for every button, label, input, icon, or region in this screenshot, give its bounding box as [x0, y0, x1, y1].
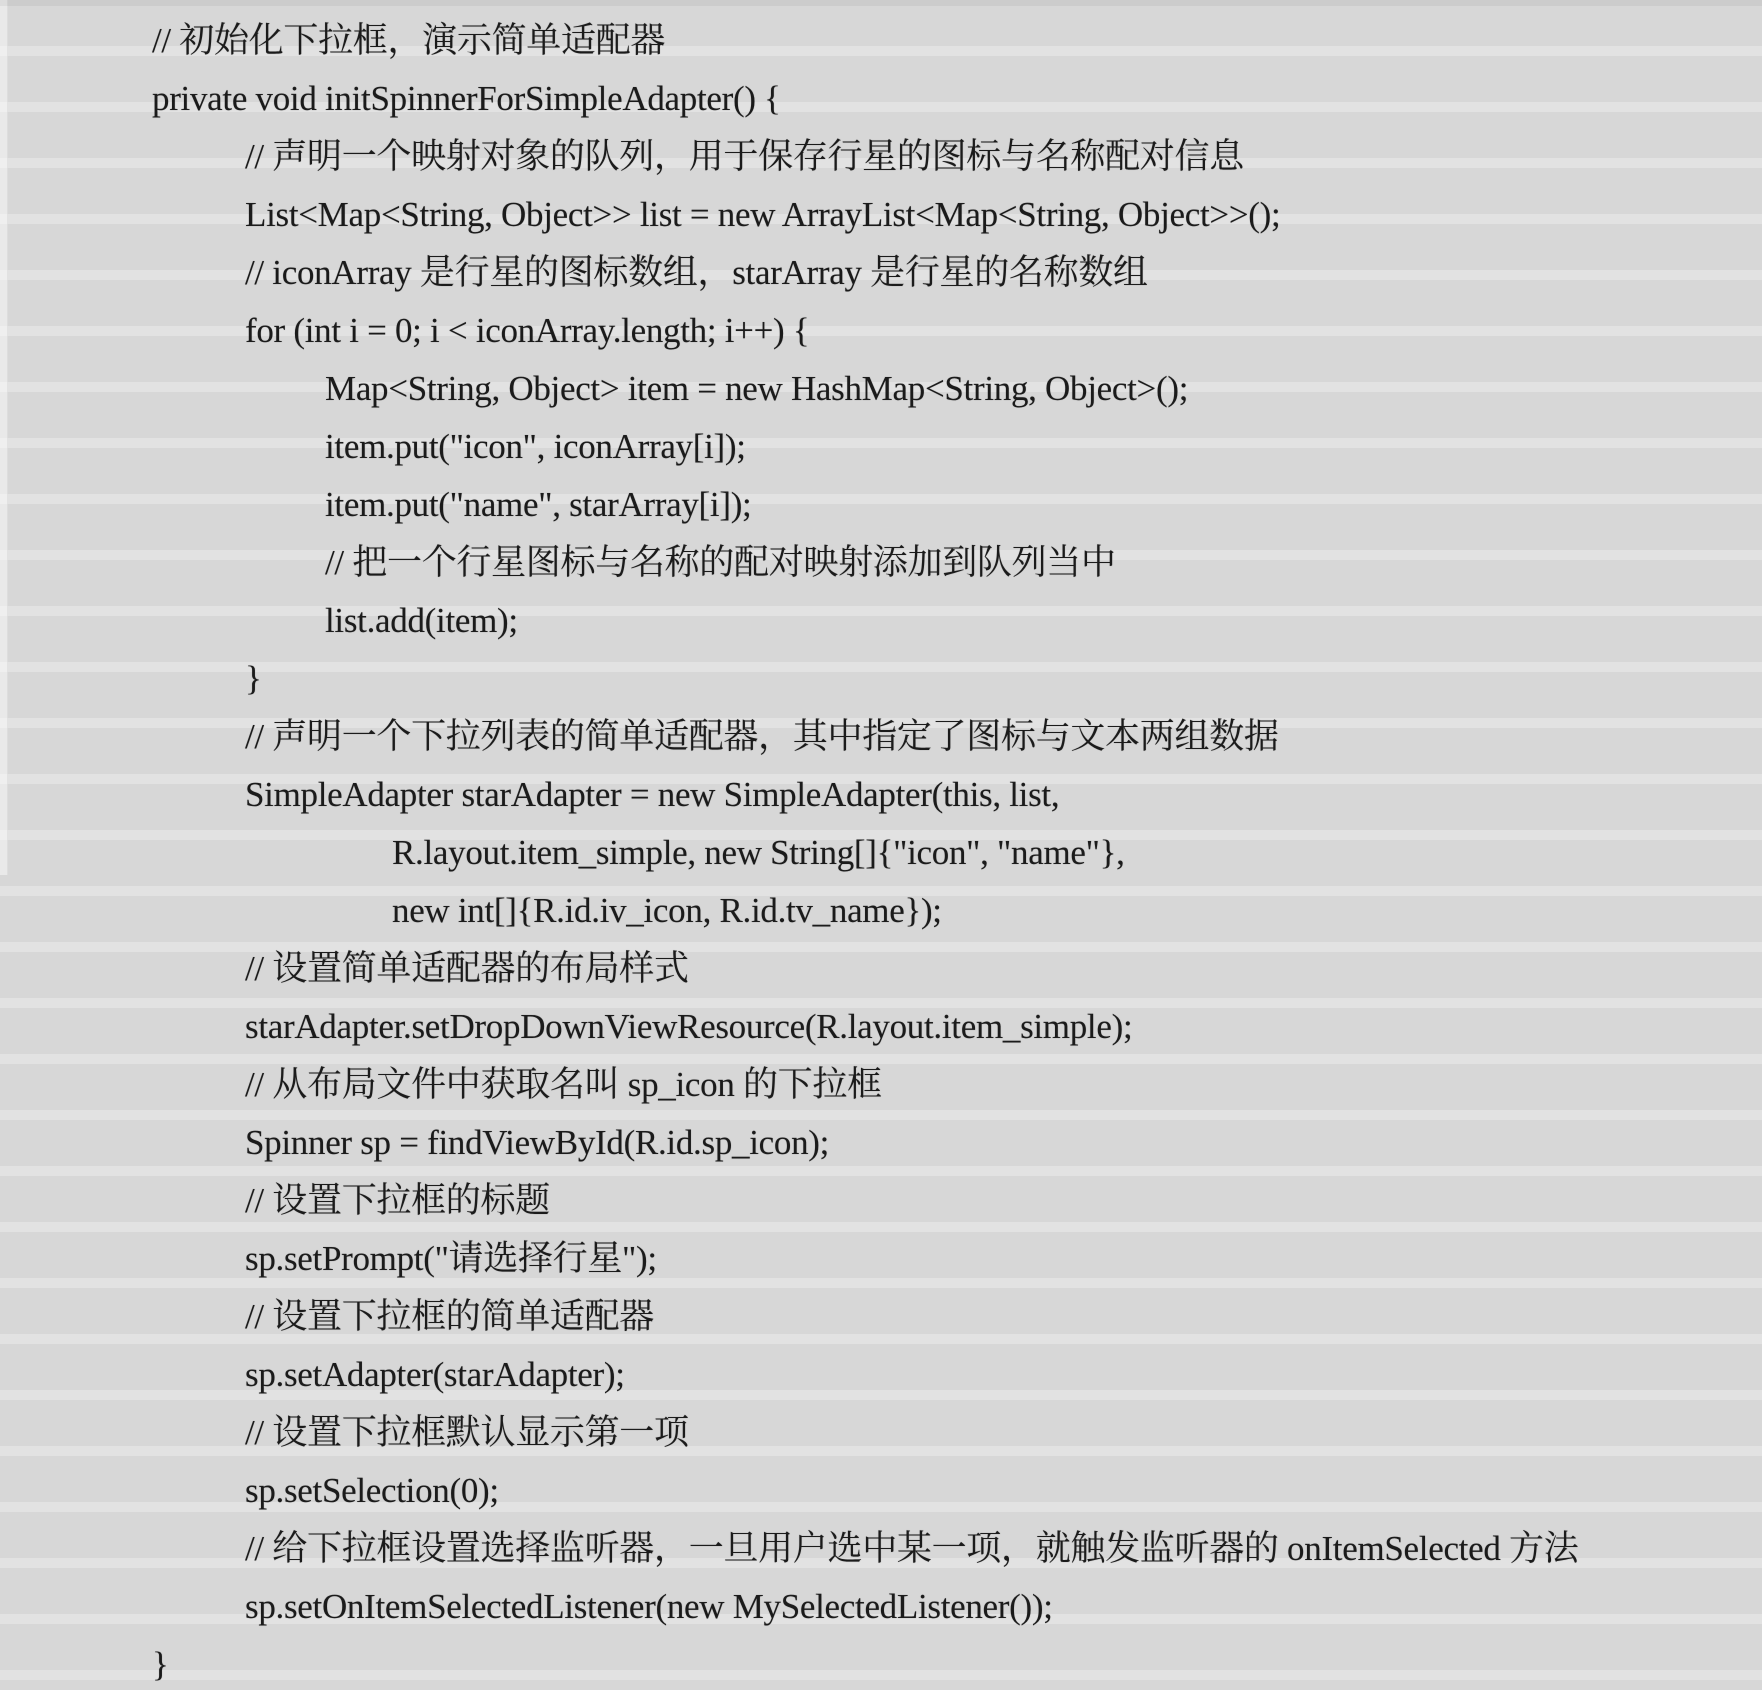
code-line: // 从布局文件中获取名叫 sp_icon 的下拉框	[0, 1056, 1762, 1114]
code-line: R.layout.item_simple, new String[]{"icon…	[0, 824, 1762, 882]
code-line: new int[]{R.id.iv_icon, R.id.tv_name});	[0, 882, 1762, 940]
code-line: item.put("icon", iconArray[i]);	[0, 418, 1762, 476]
code-line: // 初始化下拉框，演示简单适配器	[0, 12, 1762, 70]
code-line: // 设置下拉框的标题	[0, 1172, 1762, 1230]
code-line: starAdapter.setDropDownViewResource(R.la…	[0, 998, 1762, 1056]
code-line: sp.setAdapter(starAdapter);	[0, 1346, 1762, 1404]
code-line: Spinner sp = findViewById(R.id.sp_icon);	[0, 1114, 1762, 1172]
code-line: SimpleAdapter starAdapter = new SimpleAd…	[0, 766, 1762, 824]
code-line: sp.setOnItemSelectedListener(new MySelec…	[0, 1578, 1762, 1636]
book-page: // 初始化下拉框，演示简单适配器private void initSpinne…	[0, 0, 1762, 1690]
code-line: // 把一个行星图标与名称的配对映射添加到队列当中	[0, 534, 1762, 592]
code-line: // 给下拉框设置选择监听器，一旦用户选中某一项，就触发监听器的 onItemS…	[0, 1520, 1762, 1578]
code-line: // 设置简单适配器的布局样式	[0, 940, 1762, 998]
code-line: // iconArray 是行星的图标数组，starArray 是行星的名称数组	[0, 244, 1762, 302]
code-line: // 设置下拉框的简单适配器	[0, 1288, 1762, 1346]
code-line: // 声明一个映射对象的队列，用于保存行星的图标与名称配对信息	[0, 128, 1762, 186]
code-line: for (int i = 0; i < iconArray.length; i+…	[0, 302, 1762, 360]
code-line: }	[0, 650, 1762, 708]
code-line: Map<String, Object> item = new HashMap<S…	[0, 360, 1762, 418]
code-line: private void initSpinnerForSimpleAdapter…	[0, 70, 1762, 128]
code-line: // 设置下拉框默认显示第一项	[0, 1404, 1762, 1462]
code-line: // 声明一个下拉列表的简单适配器，其中指定了图标与文本两组数据	[0, 708, 1762, 766]
code-line: item.put("name", starArray[i]);	[0, 476, 1762, 534]
code-line: }	[0, 1636, 1762, 1690]
code-line: List<Map<String, Object>> list = new Arr…	[0, 186, 1762, 244]
code-listing: // 初始化下拉框，演示简单适配器private void initSpinne…	[0, 0, 1762, 1690]
code-line: sp.setPrompt("请选择行星");	[0, 1230, 1762, 1288]
code-line: sp.setSelection(0);	[0, 1462, 1762, 1520]
code-line: list.add(item);	[0, 592, 1762, 650]
